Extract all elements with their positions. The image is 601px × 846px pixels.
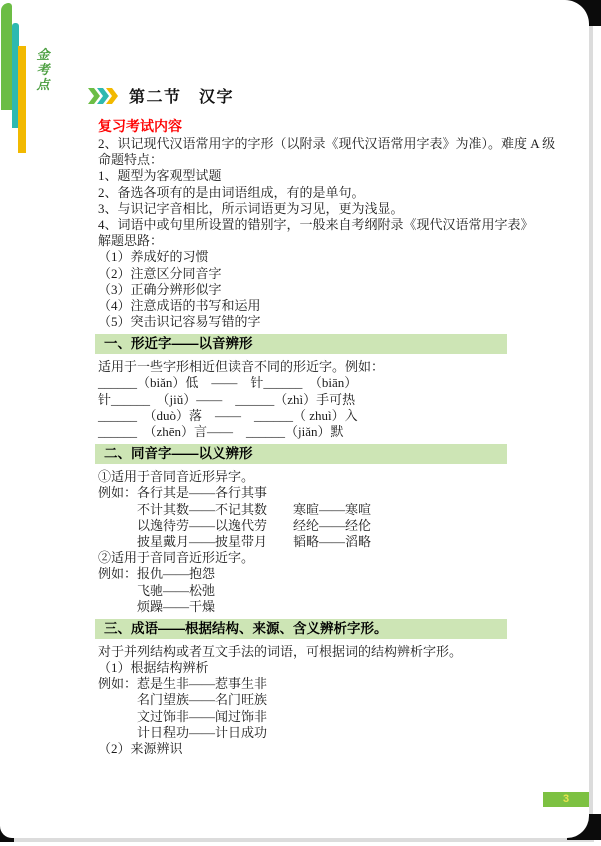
page-number-badge: 3 <box>543 792 589 807</box>
text-line: 3、与识记字音相比，所示词语更为习见，更为浅显。 <box>95 201 519 217</box>
text-line: 命题特点： <box>95 152 519 168</box>
page-edge-right <box>589 22 593 840</box>
text-line: 名门望族——名门旺族 <box>95 692 519 708</box>
text-line: 计日程功——计日成功 <box>95 725 519 741</box>
text-line: （1）养成好的习惯 <box>95 249 519 265</box>
brand-char: 考 <box>34 62 52 77</box>
chevron-icon <box>88 88 100 104</box>
text-line: ②适用于音同音近形近字。 <box>95 550 519 566</box>
page-title: 第二节 汉字 <box>129 84 234 107</box>
text-line: （1）根据结构辨析 <box>95 660 519 676</box>
text-line: 例如：报仇——抱怨 <box>95 566 519 582</box>
text-line: 烦躁——干燥 <box>95 599 519 615</box>
section-heading-bar: 三、成语——根据结构、来源、含义辨析字形。 <box>95 619 507 639</box>
review-heading: 复习考试内容 <box>95 118 519 136</box>
section-header: 第二节 汉字 <box>88 84 234 107</box>
page-edge-bottom <box>6 838 594 842</box>
text-line: 飞驰——松弛 <box>95 583 519 599</box>
text-line: ______ （zhēn）言—— ______（jiǎn）默 <box>95 424 519 440</box>
text-line: 解题思路： <box>95 233 519 249</box>
text-line: （3）正确分辨形似字 <box>95 282 519 298</box>
text-line: 1、题型为客观型试题 <box>95 168 519 184</box>
text-line: ______ （duò）落 —— ______（ zhuì）入 <box>95 408 519 424</box>
text-line: 2、备选各项有的是由词语组成，有的是单句。 <box>95 185 519 201</box>
text-line: 以逸待劳——以逸代劳 经纶——经伦 <box>95 518 519 534</box>
text-line: ①适用于音同音近形异字。 <box>95 469 519 485</box>
text-line: 例如：惹是生非——惹事生非 <box>95 676 519 692</box>
text-line: （5）突击识记容易写错的字 <box>95 314 519 330</box>
brand-char: 金 <box>34 47 52 62</box>
left-accent-bar-green <box>1 3 12 110</box>
left-accent-bar-yellow <box>18 46 26 153</box>
text-line: 不计其数——不记其数 寒暄——寒喧 <box>95 502 519 518</box>
text-line: 披星戴月——披星带月 韬略——滔略 <box>95 534 519 550</box>
text-line: 针______ （jiǔ）—— ______（zhì）手可热 <box>95 392 519 408</box>
brand-char: 点 <box>34 77 52 92</box>
text-line: ______（biǎn）低 —— 针______ （biān） <box>95 375 519 391</box>
text-line: （4）注意成语的书写和运用 <box>95 298 519 314</box>
text-line: 4、词语中或句里所设置的错别字，一般来自考纲附录《现代汉语常用字表》 <box>95 217 519 233</box>
text-line: 文过饰非——闻过饰非 <box>95 709 519 725</box>
page: 金 考 点 第二节 汉字 复习考试内容 2、识记现代汉语常用字的字形（以附录《现… <box>0 0 589 838</box>
text-line: 对于并列结构或者互文手法的词语，可根据词的结构辨析字形。 <box>95 644 519 660</box>
page-content: 复习考试内容 2、识记现代汉语常用字的字形（以附录《现代汉语常用字表》为准）。难… <box>95 118 519 757</box>
text-line: （2）来源辨识 <box>95 741 519 757</box>
text-line: 例如：各行其是——各行其事 <box>95 485 519 501</box>
text-line: 适用于一些字形相近但读音不同的形近字。例如： <box>95 359 519 375</box>
sidebar-brand-text: 金 考 点 <box>34 47 52 92</box>
section-chevrons-icon <box>88 87 119 105</box>
text-line: 2、识记现代汉语常用字的字形（以附录《现代汉语常用字表》为准）。难度 A 级 <box>95 136 519 152</box>
section-heading-bar: 一、形近字——以音辨形 <box>95 334 507 354</box>
text-line: （2）注意区分同音字 <box>95 266 519 282</box>
section-heading-bar: 二、同音字——以义辨形 <box>95 444 507 464</box>
